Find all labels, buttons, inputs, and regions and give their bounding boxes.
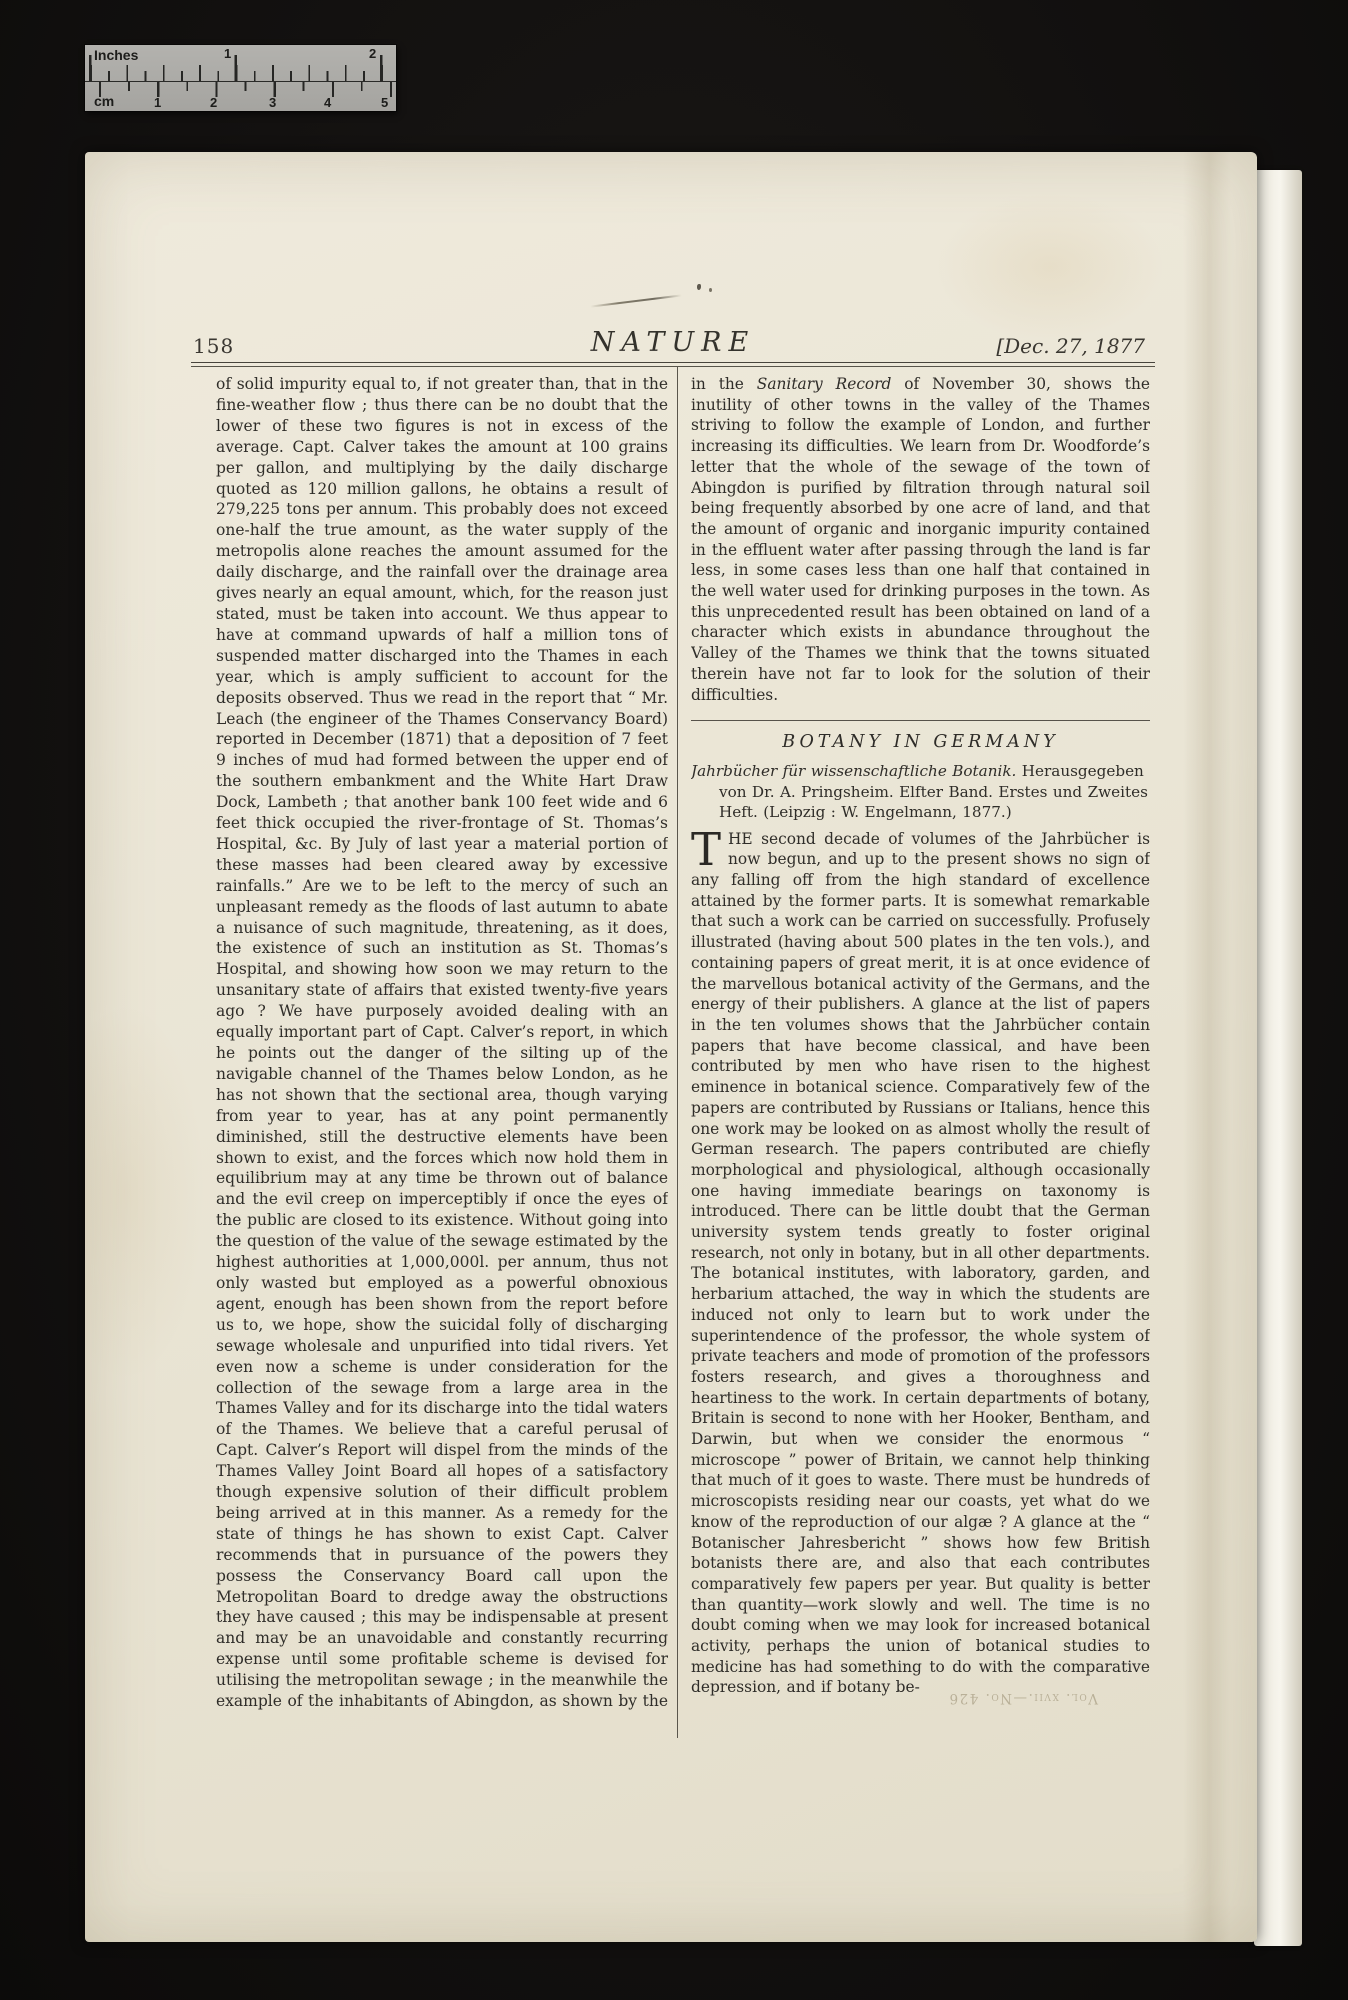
ink-speck: [697, 284, 701, 290]
page-crease: [1183, 152, 1231, 1942]
article-text-left: of solid impurity equal to, if not great…: [216, 374, 668, 1714]
ruler-inch-number: 2: [369, 46, 376, 61]
italic-journal-name: Sanitary Record: [757, 375, 892, 393]
issue-date: [Dec. 27, 1877: [996, 334, 1145, 358]
header-rule: [191, 362, 1155, 367]
journal-page: 158 NATURE [Dec. 27, 1877 of solid impur…: [85, 152, 1257, 1942]
right-column: in the Sanitary Record of November 30, s…: [691, 374, 1150, 1730]
adjacent-page-edge: [1254, 170, 1302, 1946]
journal-title: NATURE: [591, 327, 755, 358]
botany-body-text: HE second decade of volumes of the Jahrb…: [691, 830, 1150, 1697]
section-divider-rule: [691, 720, 1150, 721]
article-text-right-lead: in the Sanitary Record of November 30, s…: [691, 374, 1150, 705]
page-header: 158 NATURE [Dec. 27, 1877: [193, 328, 1153, 358]
measurement-ruler: Inches 1 2 cm 1 2 3 4 5: [85, 45, 396, 111]
book-citation: Jahrbücher für wissenschaftliche Botanik…: [691, 761, 1150, 822]
ruler-cm-label: cm: [94, 93, 114, 109]
ruler-cm-number: 1: [154, 95, 161, 110]
ruler-inches-scale: Inches 1 2: [85, 45, 396, 82]
pencil-mark: [590, 294, 682, 307]
lead-text-start: in the: [691, 375, 757, 393]
ruler-cm-scale: cm 1 2 3 4 5: [85, 82, 396, 110]
ruler-cm-number: 2: [210, 95, 217, 110]
citation-title-italic: Jahrbücher für wissenschaftliche Botanik…: [691, 762, 1016, 780]
lead-text-rest: of November 30, shows the inutility of o…: [691, 375, 1150, 704]
ruler-cm-number: 4: [324, 95, 331, 110]
paper-stain: [85, 1002, 205, 1382]
left-column: of solid impurity equal to, if not great…: [216, 374, 668, 1714]
ruler-inch-number: 1: [224, 46, 231, 61]
column-divider: [677, 366, 678, 1738]
section-heading: BOTANY IN GERMANY: [691, 732, 1150, 752]
ruler-cm-number: 5: [381, 95, 388, 110]
ink-speck: [709, 288, 712, 292]
show-through-text: Vol. xvii.—No. 426: [923, 1690, 1123, 1706]
ruler-cm-number: 3: [269, 95, 276, 110]
drop-cap: T: [691, 829, 728, 868]
paper-stain: [935, 192, 1165, 342]
page-number: 158: [193, 334, 234, 358]
ruler-inches-label: Inches: [94, 47, 138, 63]
article-text-botany: THE second decade of volumes of the Jahr…: [691, 829, 1150, 1699]
